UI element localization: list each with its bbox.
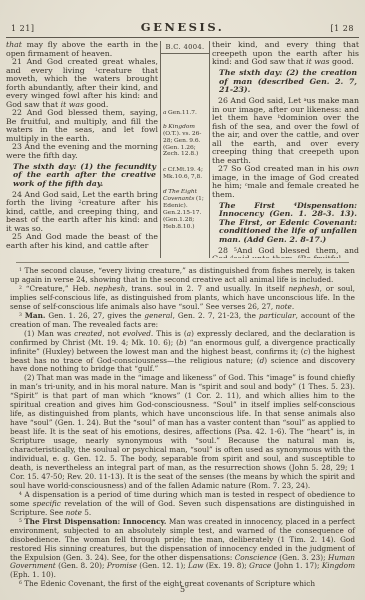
- verse-22: 22 And God blessed them, saying, Be frui…: [6, 109, 158, 143]
- verse-26: 26 And God said, Let aus make man in our…: [212, 97, 359, 165]
- margin-ref-d: d The Eight Covenants (1; Edenic). Gen.2…: [163, 189, 207, 230]
- header-rule: [6, 37, 359, 38]
- verse-25-continuation: their kind, and every thing that creepet…: [212, 41, 359, 67]
- margin-ref-b: b Kingdom (O.T.). vs. 26-28; Gen. 9.6. (…: [163, 124, 207, 159]
- footnote-2: 2 “Creature,” Heb. nephesh, trans. soul …: [10, 285, 355, 312]
- page-title: GENESIS.: [141, 20, 224, 34]
- verse-24: 24 And God said, Let the earth bring for…: [6, 191, 158, 234]
- verse-27: 27 So God created man in his own image, …: [212, 165, 359, 199]
- margin-ref-c: c Cf.Mt.19. 4; Mk.10.6, 7,8.: [163, 167, 207, 181]
- bible-page: 1 21] GENESIS. [1 28 that may fly above …: [0, 0, 365, 600]
- footnote-3-point-1: (1) Man was created, not evolved. This i…: [10, 330, 355, 375]
- footnote-5: 5 The First Dispensation: Innocency. Man…: [10, 518, 355, 581]
- footnote-1: 1 The second clause, “every living creat…: [10, 267, 355, 285]
- section-heading-sixth-day-1: The sixth day: (1) the fecundity of the …: [6, 163, 158, 189]
- footnote-3-point-2: (2) That man was made in the “image and …: [10, 374, 355, 490]
- verse-21: 21 And God created great whales, and eve…: [6, 58, 158, 109]
- page-number: 5: [0, 585, 365, 594]
- scripture-columns: that may fly above the earth in the open…: [6, 41, 359, 258]
- date-rule: [161, 53, 209, 54]
- folio-left: 1 21]: [11, 24, 34, 33]
- folio-right: [1 28: [331, 24, 354, 33]
- section-heading-first-dispensation: The First 4Dispensation: Innocency (Gen.…: [212, 202, 359, 245]
- margin-ref-a: a Gen.11.7.: [163, 110, 207, 117]
- footnote-4: 4 A dispensation is a period of time dur…: [10, 491, 355, 518]
- verse-25: 25 And God made the beast of the earth a…: [6, 233, 158, 250]
- page-header: 1 21] GENESIS. [1 28: [6, 20, 359, 34]
- verse-20-continuation: that may fly above the earth in the open…: [6, 41, 158, 58]
- footnote-rule: [16, 262, 349, 263]
- reference-column: B.C. 4004. a Gen.11.7. b Kingdom (O.T.).…: [160, 41, 210, 258]
- footnote-3: 3 Man. Gen. 1. 26, 27, gives the general…: [10, 312, 355, 330]
- verse-23: 23 And the evening and the morning were …: [6, 143, 158, 160]
- verse-28: 28 5And God blessed them, and God dsaid …: [212, 247, 359, 259]
- right-column: their kind, and every thing that creepet…: [212, 41, 359, 258]
- section-heading-sixth-day-2: The sixth day: (2) the creation of man (…: [212, 69, 359, 95]
- date-label: B.C. 4004.: [163, 42, 207, 53]
- footnotes-section: 1 The second clause, “every living creat…: [6, 266, 359, 589]
- left-column: that may fly above the earth in the open…: [6, 41, 158, 258]
